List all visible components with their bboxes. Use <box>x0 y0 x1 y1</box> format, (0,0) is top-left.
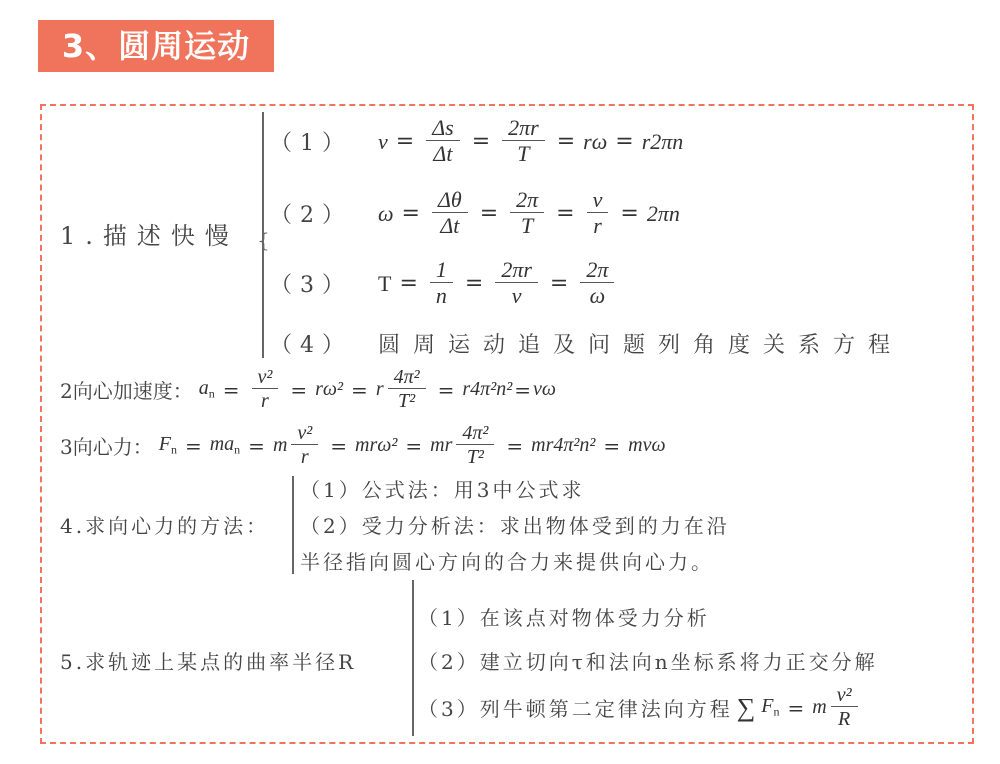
fraction-numerator: 2πr <box>502 116 545 141</box>
item-index: （2） <box>270 198 352 229</box>
fraction-denominator: T <box>502 141 545 167</box>
formula-term: v <box>378 129 388 155</box>
section4-label: 4.求向心力的方法： <box>60 510 269 539</box>
section3-row: 3向心力： Fn= man= m v²r= mrω²= mr 4π²T²= mr… <box>60 422 666 469</box>
section4-item-3: 半径指向圆心方向的合力来提供向心力。 <box>300 546 714 575</box>
formula-term: ω <box>378 201 394 227</box>
formula-term: mvω <box>628 434 665 457</box>
formula-term: r2πn <box>642 129 684 155</box>
fraction-denominator: Δt <box>426 141 459 167</box>
section4-brace <box>292 476 294 574</box>
fraction-numerator: 4π² <box>388 366 426 389</box>
fraction-denominator: Δt <box>432 213 468 239</box>
formula-term: r <box>376 378 384 401</box>
formula-term: r4π²n² <box>462 378 512 401</box>
formula-subscript: n <box>234 443 240 457</box>
fraction-denominator: T <box>510 213 544 239</box>
fraction-denominator: T² <box>388 389 426 413</box>
fraction-numerator: 2π <box>580 258 614 283</box>
fraction-numerator: 2π <box>510 188 544 213</box>
fraction-denominator: r <box>291 445 318 469</box>
fraction-denominator: ω <box>580 283 614 309</box>
brace-tip-icon: { <box>257 228 270 252</box>
section5-item-3: （3）列牛顿第二定律法向方程 ∑ Fn= m v²R <box>418 684 862 731</box>
sum-icon: ∑ <box>737 693 756 723</box>
item-text: 圆周运动追及问题列角度关系方程 <box>378 328 903 359</box>
formula-term: rω² <box>315 378 343 401</box>
fraction-numerator: 4π² <box>456 422 494 445</box>
formula-term: mrω² <box>355 434 397 457</box>
fraction-numerator: Δθ <box>432 188 468 213</box>
section1-item-3: （3） T= 1n= 2πrv= 2πω <box>270 258 618 310</box>
item-index: （1） <box>270 126 352 157</box>
formula-term: T <box>378 271 391 297</box>
formula-subscript: n <box>774 705 780 719</box>
fraction-numerator: v² <box>831 684 858 707</box>
section4-item-1: （1）公式法：用3中公式求 <box>300 474 584 503</box>
section3-label: 3向心力： <box>60 431 153 460</box>
formula-subscript: n <box>171 443 177 457</box>
fraction-numerator: 2πr <box>495 258 538 283</box>
formula-term: a <box>199 377 209 399</box>
item-index: （4） <box>270 328 352 359</box>
section5-item-1: （1）在该点对物体受力分析 <box>418 602 710 631</box>
fraction-denominator: n <box>430 283 453 309</box>
formula-term: rω <box>583 129 607 155</box>
formula-term: mr4π²n² <box>531 434 595 457</box>
fraction-denominator: r <box>587 213 609 239</box>
formula-term: m <box>812 696 826 719</box>
section1-item-2: （2） ω= ΔθΔt= 2πT= vr= 2πn <box>270 188 680 240</box>
section5-brace <box>412 580 414 736</box>
fraction-denominator: r <box>252 389 279 413</box>
fraction-numerator: 1 <box>430 258 453 283</box>
fraction-numerator: v² <box>252 366 279 389</box>
fraction-denominator: R <box>831 707 858 731</box>
section5-item-2: （2）建立切向τ和法向n坐标系将力正交分解 <box>418 646 878 675</box>
fraction-denominator: v <box>495 283 538 309</box>
fraction-numerator: v² <box>291 422 318 445</box>
section2-row: 2向心加速度： an= v²r= rω²= r 4π²T²= r4π²n²= v… <box>60 366 556 413</box>
section1-item-4: （4） 圆周运动追及问题列角度关系方程 <box>270 328 903 359</box>
formula-subscript: n <box>209 387 215 401</box>
section1-item-1: （1） v= ΔsΔt= 2πrT= rω= r2πn <box>270 116 683 168</box>
section4-item-2: （2）受力分析法：求出物体受到的力在沿 <box>300 510 730 539</box>
formula-term: m <box>273 434 287 457</box>
formula-term: F <box>761 695 773 717</box>
section-title: 3、圆周运动 <box>38 20 274 72</box>
formula-term: mr <box>430 434 452 457</box>
fraction-numerator: v <box>587 188 609 213</box>
formula-term: vω <box>533 378 556 401</box>
fraction-denominator: T² <box>456 445 494 469</box>
section1-label: 1.描述快慢 <box>60 216 239 251</box>
item-index: （3） <box>270 268 352 299</box>
item-text: （3）列牛顿第二定律法向方程 <box>418 693 733 722</box>
section5-label: 5.求轨迹上某点的曲率半径R <box>60 646 356 675</box>
section2-label: 2向心加速度： <box>60 375 193 404</box>
formula-term: F <box>159 433 171 455</box>
formula-term: 2πn <box>647 201 680 227</box>
fraction-numerator: Δs <box>426 116 459 141</box>
formula-term: ma <box>210 433 234 455</box>
